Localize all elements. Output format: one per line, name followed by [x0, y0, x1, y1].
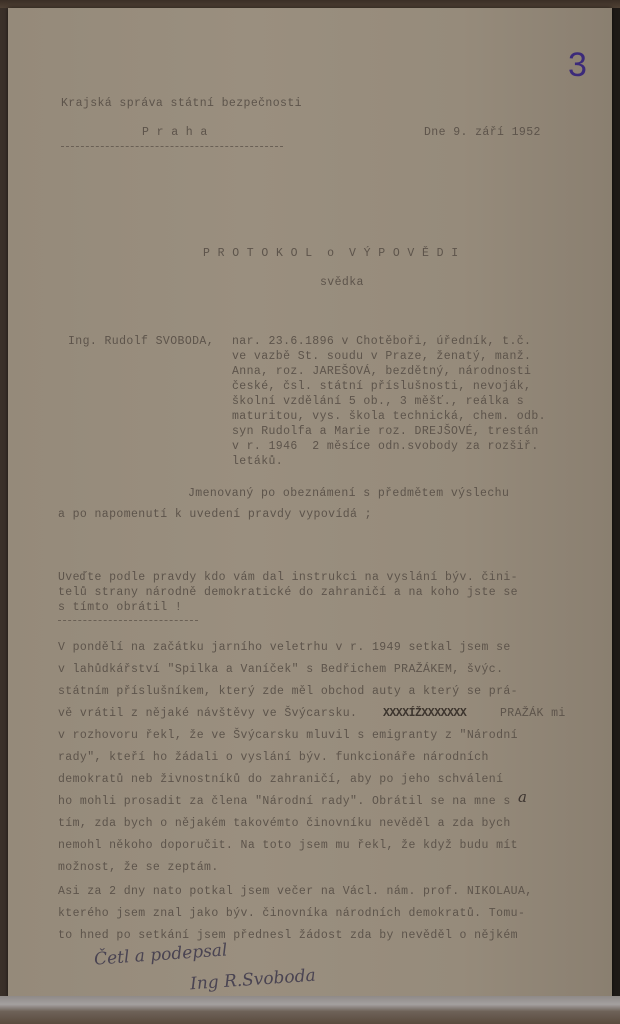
answer-line: demokratů neb živnostníků do zahraničí, …: [58, 774, 503, 786]
witness-line: v r. 1946 2 měsíce odn.svobody za rozšiř…: [232, 441, 539, 453]
witness-line: nar. 23.6.1896 v Chotěboři, úředník, t.č…: [232, 336, 531, 348]
witness-line: letáků.: [232, 456, 283, 468]
folder-left-edge: [0, 8, 8, 998]
handwritten-correction: a: [518, 788, 527, 806]
answer-line: v lahůdkářství "Spilka a Vaníček" s Bedř…: [58, 664, 503, 676]
folder-bottom-edge: [0, 996, 620, 1024]
folder-right-edge: [612, 8, 620, 1008]
answer-line: to hned po setkání jsem přednesl žádost …: [58, 930, 518, 942]
city-name: P r a h a: [142, 127, 208, 139]
intro-line-2: a po napomenutí k uvedení pravdy vypovíd…: [58, 509, 372, 521]
question-line: Uveďte podle pravdy kdo vám dal instrukc…: [58, 572, 518, 584]
answer-line: V pondělí na začátku jarního veletrhu v …: [58, 642, 511, 654]
page-number-stamp: 3: [568, 46, 587, 85]
witness-line: školní vzdělání 5 ob., 3 měšť., reálka s: [232, 396, 524, 408]
answer-line: v rozhovoru řekl, že ve Švýcarsku mluvil…: [58, 730, 518, 742]
question-underline: [58, 620, 198, 621]
witness-line: Anna, roz. JAREŠOVÁ, bezdětný, národnost…: [232, 366, 531, 378]
intro-line-1: Jmenovaný po obeznámení s předmětem výsl…: [188, 488, 509, 500]
document-title: P R O T O K O L o V Ý P O V Ě D I: [203, 248, 459, 260]
answer-line: Asi za 2 dny nato potkal jsem večer na V…: [58, 886, 533, 898]
document-date: Dne 9. září 1952: [424, 127, 541, 139]
answer-line: vě vrátil z nějaké návštěvy ve Švýcarsku…: [58, 708, 357, 720]
witness-line: české, čsl. státní příslušnosti, nevoják…: [232, 381, 531, 393]
struck-out-text: XXXXÍŽXXXXXXX: [383, 708, 466, 720]
header-underline: [61, 146, 283, 147]
witness-line: maturitou, vys. škola technická, chem. o…: [232, 411, 546, 423]
witness-line: ve vazbě St. soudu v Praze, ženatý, manž…: [232, 351, 531, 363]
question-line: s tímto obrátil !: [58, 602, 182, 614]
office-name: Krajská správa státní bezpečnosti: [61, 98, 302, 110]
answer-line: ho mohli prosadit za člena "Národní rady…: [58, 796, 511, 808]
answer-line: tím, zda bych o nějakém takovémto činovn…: [58, 818, 511, 830]
answer-line: státním příslušníkem, který zde měl obch…: [58, 686, 518, 698]
answer-line: možnost, že se zeptám.: [58, 862, 219, 874]
witness-name: Ing. Rudolf SVOBODA,: [68, 336, 214, 348]
answer-line: PRAŽÁK mi: [500, 708, 566, 720]
answer-line: rady", kteří ho žádali o vyslání býv. fu…: [58, 752, 489, 764]
answer-line: kterého jsem znal jako býv. činovníka ná…: [58, 908, 525, 920]
document-subtitle: svědka: [320, 277, 364, 289]
question-line: telů strany národně demokratické do zahr…: [58, 587, 518, 599]
witness-line: syn Rudolfa a Marie roz. DREJŠOVÉ, trest…: [232, 426, 539, 438]
answer-line: nemohl někoho doporučit. Na toto jsem mu…: [58, 840, 518, 852]
